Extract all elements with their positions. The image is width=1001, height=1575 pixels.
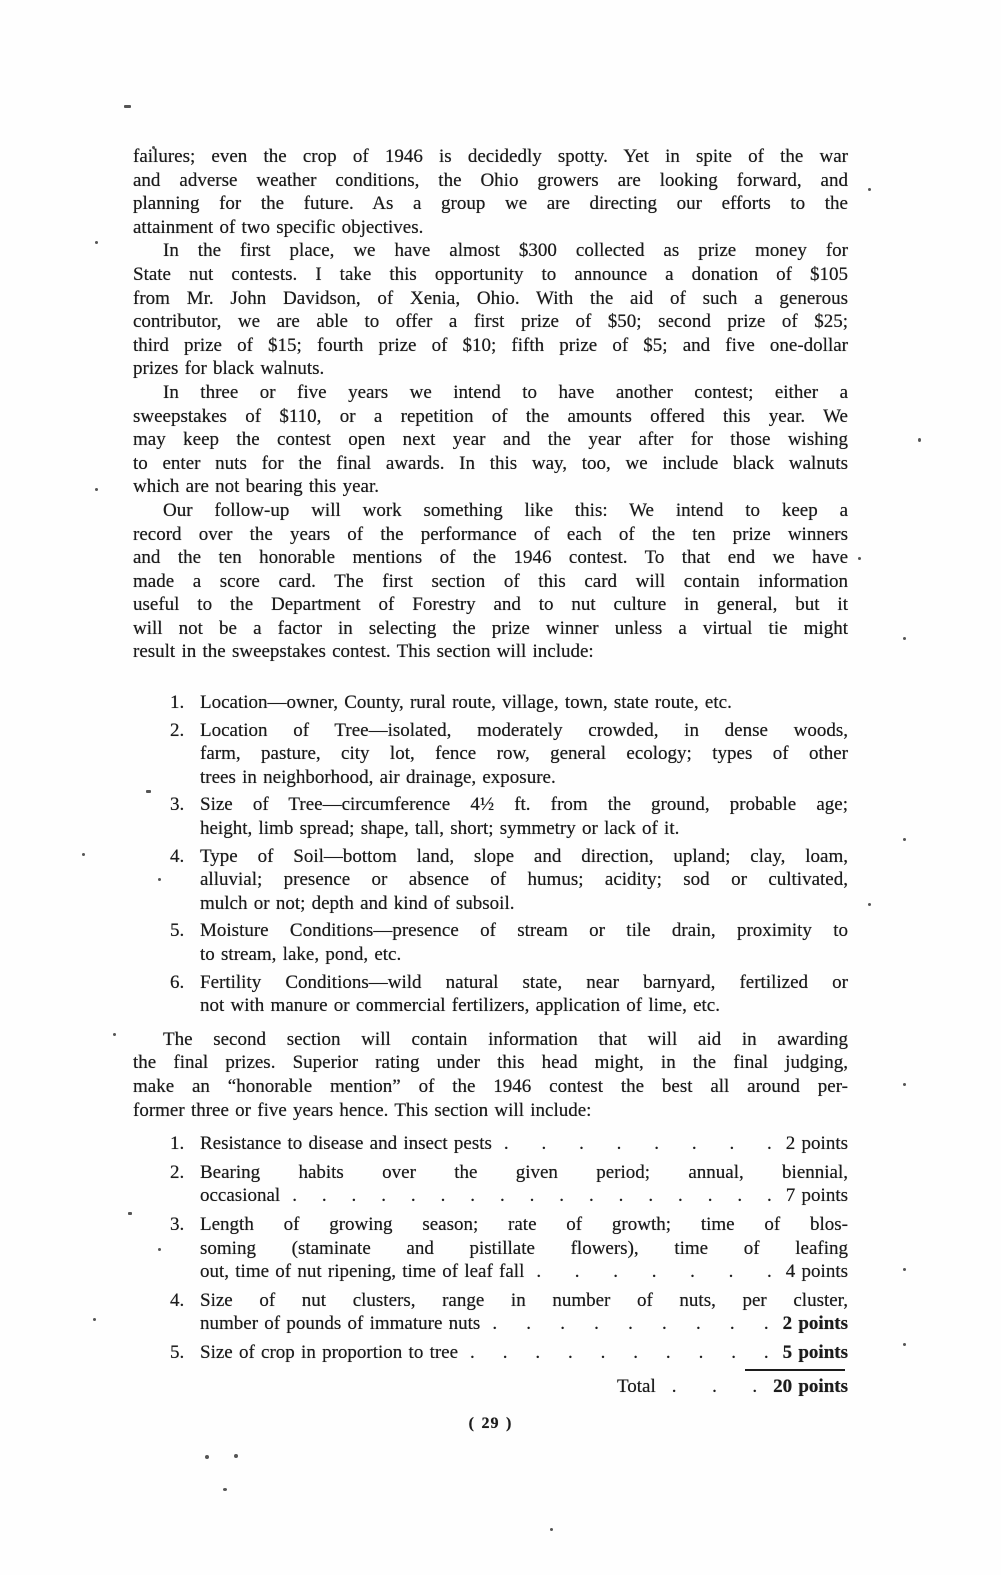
item-text: Type of Soil—bottom land, slope and dire… [200,845,848,916]
section2-list: 1. Resistance to disease and insect pest… [133,1132,848,1364]
dot-leader: . . . . . . . [536,1260,771,1284]
scan-speck [158,1248,161,1251]
item-number: 4. [170,1289,184,1313]
score-item-1: 1. Resistance to disease and insect pest… [133,1132,848,1156]
scan-speck [223,1488,227,1491]
item-text: out, time of nut ripening, time of leaf … [200,1260,524,1284]
scan-speck [152,146,155,149]
paragraph-4: Our follow-up will work something like t… [133,499,848,664]
scan-speck [903,1268,906,1271]
text-line: mulch or not; depth and kind of subsoil. [200,892,848,916]
total-points-value: 20 points [773,1375,848,1399]
item-number: 3. [170,793,184,817]
text-line: planning for the future. As a group we a… [133,192,848,216]
text-line: Size of Tree—circumference 4½ ft. from t… [200,793,848,817]
dot-leader: . . . . . . . . . [492,1312,768,1336]
points-value: 4 points [786,1260,848,1284]
total-label: Total [617,1375,656,1399]
scan-speck [93,1318,96,1321]
scan-speck [113,1033,116,1036]
item-text: Moisture Conditions—presence of stream o… [200,919,848,966]
points-value: 2 points [783,1312,848,1336]
scan-speck [918,438,921,442]
paragraph-5: The second section will contain informat… [133,1028,848,1122]
scan-speck [124,105,131,108]
scan-speck [205,1455,209,1459]
text-line: State nut contests. I take this opportun… [133,263,848,287]
text-line: make an “honorable mention” of the 1946 … [133,1075,848,1099]
item-number: 5. [170,1341,184,1365]
text-line: farm, pasture, city lot, fence row, gene… [200,742,848,766]
text-line: Moisture Conditions—presence of stream o… [200,919,848,943]
item-text: Size of Tree—circumference 4½ ft. from t… [200,793,848,840]
text-line: Length of growing season; rate of growth… [200,1213,848,1237]
item-number: 5. [170,919,184,943]
text-line: which are not bearing this year. [133,475,848,499]
text-line: third prize of $15; fourth prize of $10;… [133,334,848,358]
item-number: 4. [170,845,184,869]
paragraph-1: failures; even the crop of 1946 is decid… [133,145,848,239]
item-number: 6. [170,971,184,995]
points-value: 2 points [786,1132,848,1156]
score-item-4: 4. Size of nut clusters, range in number… [133,1289,848,1336]
text-line: to enter nuts for the final awards. In t… [133,452,848,476]
section1-item-3: 3. Size of Tree—circumference 4½ ft. fro… [133,793,848,840]
scan-speck [128,1212,132,1215]
section1-list: 1. Location—owner, County, rural route, … [133,691,848,1018]
dot-leader: . . . [672,1375,757,1399]
text-line: Fertility Conditions—wild natural state,… [200,971,848,995]
text-line: height, limb spread; shape, tall, short;… [200,817,848,841]
text-line: may keep the contest open next year and … [133,428,848,452]
item-last-line: Resistance to disease and insect pests .… [200,1132,848,1156]
points-value: 5 points [783,1341,848,1365]
scan-speck [868,188,871,191]
item-number: 1. [170,691,184,715]
text-line: Size of nut clusters, range in number of… [200,1289,848,1313]
item-text: Location of Tree—isolated, moderately cr… [200,719,848,790]
scan-speck [146,790,151,793]
text-line: sweepstakes of $110, or a repetition of … [133,405,848,429]
item-number: 2. [170,719,184,743]
text-line: from Mr. John Davidson, of Xenia, Ohio. … [133,287,848,311]
text-line: made a score card. The first section of … [133,570,848,594]
page-number: ( 29 ) [133,1412,848,1436]
item-text: Fertility Conditions—wild natural state,… [200,971,848,1018]
scan-speck [903,1083,906,1086]
page-text-block: failures; even the crop of 1946 is decid… [133,145,848,1436]
text-line: and the ten honorable mentions of the 19… [133,546,848,570]
item-text: Resistance to disease and insect pests [200,1132,492,1156]
scan-speck [858,557,861,560]
item-last-line: out, time of nut ripening, time of leaf … [200,1260,848,1284]
section1-item-2: 2. Location of Tree—isolated, moderately… [133,719,848,790]
item-last-line: number of pounds of immature nuts . . . … [200,1312,848,1336]
text-line: soming (staminate and pistillate flowers… [200,1237,848,1261]
item-text: Size of nut clusters, range in number of… [200,1289,848,1313]
item-text: Bearing habits over the given period; an… [200,1161,848,1185]
text-line: Location of Tree—isolated, moderately cr… [200,719,848,743]
score-item-5: 5. Size of crop in proportion to tree . … [133,1341,848,1365]
score-item-3: 3. Length of growing season; rate of gro… [133,1213,848,1284]
text-line: Location—owner, County, rural route, vil… [200,691,848,715]
text-line: will not be a factor in selecting the pr… [133,617,848,641]
scan-speck [95,488,98,491]
paragraph-2: In the first place, we have almost $300 … [133,239,848,381]
text-line: failures; even the crop of 1946 is decid… [133,145,848,169]
text-line: to stream, lake, pond, etc. [200,943,848,967]
scan-speck [234,1454,238,1458]
item-number: 1. [170,1132,184,1156]
text-line: In three or five years we intend to have… [133,381,848,405]
text-line: not with manure or commercial fertilizer… [200,994,848,1018]
text-line: attainment of two specific objectives. [133,216,848,240]
total-rule [745,1369,845,1371]
dot-leader: . . . . . . . . . . . . . . . . . [292,1184,772,1208]
text-line: record over the years of the performance… [133,523,848,547]
points-value: 7 points [786,1184,848,1208]
text-line: The second section will contain informat… [133,1028,848,1052]
text-line: Our follow-up will work something like t… [133,499,848,523]
scanned-page: failures; even the crop of 1946 is decid… [0,0,1001,1575]
section1-item-6: 6. Fertility Conditions—wild natural sta… [133,971,848,1018]
text-line: alluvial; presence or absence of humus; … [200,868,848,892]
section1-item-4: 4. Type of Soil—bottom land, slope and d… [133,845,848,916]
score-item-2: 2. Bearing habits over the given period;… [133,1161,848,1208]
text-line: In the first place, we have almost $300 … [133,239,848,263]
total-row: Total . . . 20 points [617,1375,848,1399]
scan-speck [550,1528,553,1531]
dot-leader: . . . . . . . . [504,1132,772,1156]
section1-item-5: 5. Moisture Conditions—presence of strea… [133,919,848,966]
text-line: prizes for black walnuts. [133,357,848,381]
scan-speck [95,241,98,244]
scan-speck [903,637,906,640]
text-line: and adverse weather conditions, the Ohio… [133,169,848,193]
scan-speck [158,878,161,881]
scan-speck [82,853,85,856]
text-line: Type of Soil—bottom land, slope and dire… [200,845,848,869]
text-line: contributor, we are able to offer a firs… [133,310,848,334]
item-last-line: occasional . . . . . . . . . . . . . . .… [200,1184,848,1208]
scan-speck [903,1343,906,1346]
item-last-line: Size of crop in proportion to tree . . .… [200,1341,848,1365]
text-line: the final prizes. Superior rating under … [133,1051,848,1075]
text-line: former three or five years hence. This s… [133,1099,848,1123]
item-number: 2. [170,1161,184,1185]
scan-speck [903,838,906,841]
text-line: result in the sweepstakes contest. This … [133,640,848,664]
item-text: Size of crop in proportion to tree [200,1341,458,1365]
item-number: 3. [170,1213,184,1237]
dot-leader: . . . . . . . . . . [470,1341,769,1365]
item-text: Location—owner, County, rural route, vil… [200,691,848,715]
scan-speck [868,903,871,906]
text-line: trees in neighborhood, air drainage, exp… [200,766,848,790]
text-line: useful to the Department of Forestry and… [133,593,848,617]
section1-item-1: 1. Location—owner, County, rural route, … [133,691,848,715]
item-text: Length of growing season; rate of growth… [200,1213,848,1260]
text-line: Bearing habits over the given period; an… [200,1161,848,1185]
item-text: number of pounds of immature nuts [200,1312,480,1336]
paragraph-3: In three or five years we intend to have… [133,381,848,499]
item-text: occasional [200,1184,280,1208]
